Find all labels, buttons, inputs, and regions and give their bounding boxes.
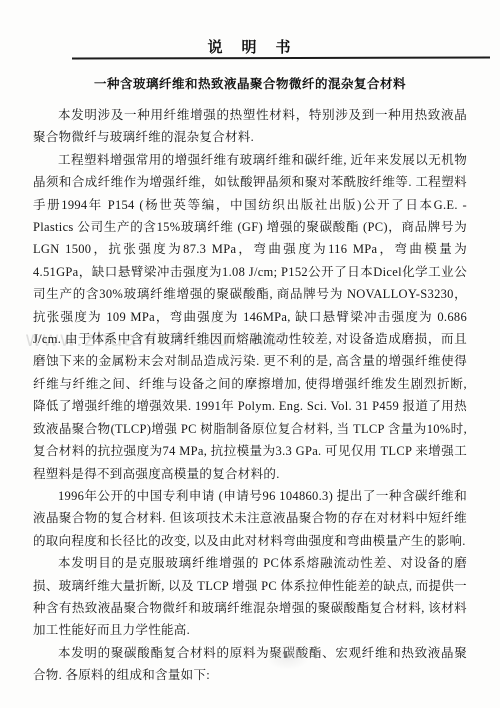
page-number: 1 (283, 650, 288, 661)
paragraph: 本发明目的是克服玻璃纤维增强的 PC体系熔融流动性差、对设备的磨损、玻璃纤维大量… (33, 552, 467, 642)
paragraph: 工程塑料增强常用的增强纤维有玻璃纤维和碳纤维, 近年来发展以无机物晶须和合成纤维… (33, 149, 467, 485)
patent-specification-page: 说 明 书 一种含玻璃纤维和热致液晶聚合物微纤的混杂复合材料 www.zhuan… (0, 0, 500, 708)
document-body: 本发明涉及一种用纤维增强的热塑性材料，特别涉及到一种用热致液晶聚合物微纤与玻璃纤… (33, 104, 467, 687)
header-divider (72, 56, 490, 59)
paragraph: 1996年公开的中国专利申请 (申请号96 104860.3) 提出了一种含碳纤… (33, 485, 467, 552)
paragraph: 本发明的聚碳酸酯复合材料的原料为聚碳酸酯、宏观纤维和热致液晶聚合物. 各原料的组… (33, 642, 467, 687)
paragraph: 本发明涉及一种用纤维增强的热塑性材料，特别涉及到一种用热致液晶聚合物微纤与玻璃纤… (33, 104, 467, 149)
invention-title: 一种含玻璃纤维和热致液晶聚合物微纤的混杂复合材料 (0, 74, 500, 92)
document-header-title: 说 明 书 (0, 36, 500, 57)
